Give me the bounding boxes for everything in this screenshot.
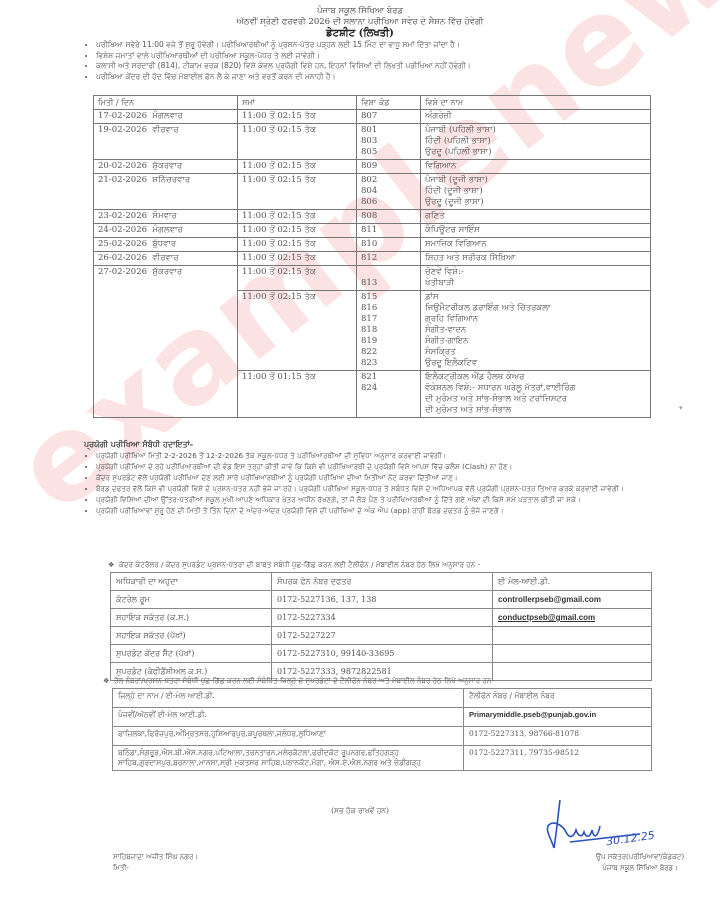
district-contact: 0172-5227311, 79735-98512 bbox=[464, 746, 652, 771]
practical-item: ਬੋਰਡ ਦਫਤਰ ਵੱਲੋਂ ਕਿਸੇ ਵੀ ਪ੍ਰਯੋਗੀ ਵਿਸ਼ੇ ਦੇ… bbox=[96, 483, 696, 494]
officer-phone: 0172-5227136, 137, 138 bbox=[272, 591, 493, 609]
header-time: ਸਮਾਂ bbox=[238, 96, 357, 110]
subject-names: ਸਿਹਤ ਅਤੇ ਸਰੀਰਕ ਸਿੱਖਿਆ bbox=[421, 252, 651, 266]
officer-email: conductpseb@gmail.com bbox=[493, 609, 652, 627]
practical-item: ਕੇਂਦਰ ਸੁਪਰਡੰਟ ਵੱਲੋਂ ਪ੍ਰਯੋਗੀ ਪਰੀਖਿਆ ਦੇਣ ਲ… bbox=[96, 472, 696, 483]
exam-time: 11:00 ਤੋਂ 02:15 ਤੱਕ bbox=[238, 160, 357, 174]
exam-date: 21-02-2026 ਸ਼ਨਿੱਚਰਵਾਰ bbox=[94, 174, 238, 210]
contact-row: ਸਹਾਇਕ ਸਕੱਤਰ (ਕ.ਸ.)0172-5227334conductpse… bbox=[111, 609, 652, 627]
datesheet-header-row: ਮਿਤੀ / ਦਿਨ ਸਮਾਂ ਵਿਸ਼ਾ ਕੋਡ ਵਿਸ਼ੇ ਦਾ ਨਾਮ bbox=[94, 96, 651, 110]
exam-time: 11:00 ਤੋਂ 02:15 ਤੱਕ bbox=[238, 210, 357, 224]
district-row: ਪੰਜਵੀਂ/ਅੱਠਵੀਂ ਈ-ਮੇਲ ਆਈ.ਡੀ.Primarymiddle.… bbox=[113, 708, 652, 727]
districts-intro: ❖ ਰੋਲ ਨੰਬਰਾਂ/ਪ੍ਰਸ਼ਨ-ਪੱਤਰਾਂ ਸੰਬੰਧੀ ਪੁੱਛ-ਗ… bbox=[103, 676, 494, 686]
issuing-place: ਸਾਹਿਬਜ਼ਾਦਾ ਅਜੀਤ ਸਿੰਘ ਨਗਰ। ਮਿਤੀ- bbox=[113, 852, 198, 874]
district-row: ਫਾਜ਼ਿਲਕਾ,ਫਿਰੋਜ਼ਪੁਰ,ਅੰਮ੍ਰਿਤਸਰ,ਹੁਸ਼ਿਆਰਪੁਰ,… bbox=[113, 727, 652, 746]
contacts-intro: ❖ ਕੇਂਦਰ ਕੰਟਰੋਲਰ / ਕੇਂਦਰ ਸੁਪਰਡੰਟ ਪ੍ਰਸ਼ਨ-ਪ… bbox=[108, 560, 480, 570]
exam-time: 11:00 ਤੋਂ 02:15 ਤੱਕ bbox=[238, 252, 357, 266]
subject-names: ਗਣਿਤ bbox=[421, 210, 651, 224]
datesheet-row: 24-02-2026 ਮੰਗਲਵਾਰ11:00 ਤੋਂ 02:15 ਤੱਕ811… bbox=[94, 224, 651, 238]
officer-email bbox=[493, 663, 652, 681]
note-item: ਵਿਸ਼ੇਸ਼ ਜਮਾਤਾਂ ਵਾਲੇ ਪਰੀਖਿਆਰਥੀਆਂ ਦੀ ਪਰੀਖਿ… bbox=[96, 51, 696, 62]
contacts-table: ਅਧਿਕਾਰੀ ਦਾ ਅਹੁਦਾਸੰਪਰਕ ਫੋਨ ਨੰਬਰ ਦਫਤਰਈ ਮੇਲ… bbox=[110, 572, 652, 681]
contact-row: ਸੁਪਰਡੰਟ ਕੇਂਦਰ ਸੈੱਟ (ਪੱਖਾਂ)0172-5227310, … bbox=[111, 645, 652, 663]
subject-codes: 808 bbox=[357, 210, 421, 224]
note-item: ਪਰੀਖਿਆ ਸਵੇਰੇ 11:00 ਵਜੇ ਤੋਂ ਸ਼ੁਰੂ ਹੋਵੇਗੀ।… bbox=[96, 40, 696, 51]
officer-role: ਸਹਾਇਕ ਸਕੱਤਰ (ਕ.ਸ.) bbox=[111, 609, 272, 627]
document-title: ਡੇਟਸ਼ੀਟ (ਲਿਖਤੀ) bbox=[0, 28, 720, 39]
exam-time: 11:00 ਤੋਂ 01:15 ਤੱਕ bbox=[238, 371, 357, 418]
officer-email bbox=[493, 627, 652, 645]
datesheet-body: 17-02-2026 ਮੰਗਲਵਾਰ11:00 ਤੋਂ 02:15 ਤੱਕ807… bbox=[94, 110, 651, 418]
districts-intro-text: ਰੋਲ ਨੰਬਰਾਂ/ਪ੍ਰਸ਼ਨ-ਪੱਤਰਾਂ ਸੰਬੰਧੀ ਪੁੱਛ-ਗਿੱ… bbox=[114, 676, 494, 685]
signatory: ਉਪ ਸਕੱਤਰ(ਪਰੀਖਿਆਵਾਂ/ਕੰਡਕਟ) ਪੰਜਾਬ ਸਕੂਲ ਸਿੱ… bbox=[596, 852, 684, 874]
officer-role: ਸੁਪਰਡੰਟ ਕੇਂਦਰ ਸੈੱਟ (ਪੱਖਾਂ) bbox=[111, 645, 272, 663]
contact-row: ਸਹਾਇਕ ਸਕੱਤਰ (ਪੱਖਾਂ)0172-5227227 bbox=[111, 627, 652, 645]
subject-codes: 821824 bbox=[357, 371, 421, 418]
datesheet-table: ਮਿਤੀ / ਦਿਨ ਸਮਾਂ ਵਿਸ਼ਾ ਕੋਡ ਵਿਸ਼ੇ ਦਾ ਨਾਮ 1… bbox=[93, 95, 651, 418]
exam-time: 11:00 ਤੋਂ 02:15 ਤੱਕ bbox=[238, 224, 357, 238]
document-page: examplenews ਪੰਜਾਬ ਸਕੂਲ ਸਿੱਖਿਆ ਬੋਰਡ ਅੱਠਵੀ… bbox=[0, 0, 720, 900]
practical-instructions: ਪ੍ਰਯੋਗੀ ਪਰੀਖਿਆ ਮਿਤੀ 2-2-2026 ਤੋਂ 12-2-20… bbox=[84, 450, 696, 516]
exam-date: 27-02-2026 ਸ਼ੁੱਕਰਵਾਰ bbox=[94, 266, 238, 418]
practical-title: ਪ੍ਰਯੋਗੀ ਪਰੀਖਿਆ ਸੰਬੰਧੀ ਹਦਾਇਤਾਂ- bbox=[84, 440, 193, 450]
officer-phone: 0172-5227227 bbox=[272, 627, 493, 645]
header-date: ਮਿਤੀ / ਦਿਨ bbox=[94, 96, 238, 110]
exam-time: 11:00 ਤੋਂ 02:15 ਤੱਕ bbox=[238, 266, 357, 291]
districts-header: ਟੈਲੀਫੋਨ ਨੰਬਰ / ਮੋਬਾਈਲ ਨੰਬਰ bbox=[464, 689, 652, 708]
practical-item: ਪ੍ਰਯੋਗੀ ਵਿਸ਼ਿਆਂ ਦੀਆਂ ਉੱਤਰ-ਪੱਤਰੀਆਂ ਸਕੂਲ ਮ… bbox=[96, 494, 696, 505]
district-row: ਬਠਿੰਡਾ,ਸੰਗਰੂਰ,ਐਸ.ਬੀ.ਐਸ.ਨਗਰ,ਪਟਿਆਲਾ,ਤਰਨਤਾਰ… bbox=[113, 746, 652, 771]
contacts-header: ਅਧਿਕਾਰੀ ਦਾ ਅਹੁਦਾ bbox=[111, 573, 272, 591]
subject-names: ਡਾਂਸਜਿਉਮੈਟਰੀਕਲ ਡਰਾਇੰਗ ਅਤੇ ਚਿੱਤਰਕਲਾਗ੍ਰਹਿ … bbox=[421, 291, 651, 371]
district-contact: 0172-5227313, 98766-81078 bbox=[464, 727, 652, 746]
note-item: ਕਲਾਸੀ ਅਤੇ ਸਰਦਾਰੀ (814), ਟੀਕਾਮ ਵਰਕ (820) … bbox=[96, 61, 696, 72]
exam-time: 11:00 ਤੋਂ 02:15 ਤੱਕ bbox=[238, 124, 357, 160]
contacts-header: ਸੰਪਰਕ ਫੋਨ ਨੰਬਰ ਦਫਤਰ bbox=[272, 573, 493, 591]
officer-phone: 0172-5227334 bbox=[272, 609, 493, 627]
subject-codes: 815816817818819822823 bbox=[357, 291, 421, 371]
note-item: ਪਰੀਖਿਆ ਕੇਂਦਰ ਦੀ ਹੱਦ ਵਿੱਚ ਮੋਬਾਈਲ ਫੋਨ ਲੈ ਕ… bbox=[96, 72, 696, 83]
subject-codes: 812 bbox=[357, 252, 421, 266]
districts-body: ਜ਼ਿਲ੍ਹੇ ਦਾ ਨਾਮ / ਈ-ਮੇਲ ਆਈ.ਡੀ.ਟੈਲੀਫੋਨ ਨੰਬ… bbox=[113, 689, 652, 771]
subject-names: ਵਿਗਿਆਨ bbox=[421, 160, 651, 174]
header-code: ਵਿਸ਼ਾ ਕੋਡ bbox=[357, 96, 421, 110]
contacts-body: ਅਧਿਕਾਰੀ ਦਾ ਅਹੁਦਾਸੰਪਰਕ ਫੋਨ ਨੰਬਰ ਦਫਤਰਈ ਮੇਲ… bbox=[111, 573, 652, 681]
subject-codes: 809 bbox=[357, 160, 421, 174]
officer-email bbox=[493, 645, 652, 663]
practical-item: ਪ੍ਰਯੋਗੀ ਪਰੀਖਿਆ ਦੇ ਰਹੇ ਪਰੀਖਿਆਰਥੀਆਂ ਦੀ ਵੰਡ… bbox=[96, 461, 696, 472]
districts-table: ਜ਼ਿਲ੍ਹੇ ਦਾ ਨਾਮ / ਈ-ਮੇਲ ਆਈ.ਡੀ.ਟੈਲੀਫੋਨ ਨੰਬ… bbox=[112, 688, 652, 771]
district-names: ਪੰਜਵੀਂ/ਅੱਠਵੀਂ ਈ-ਮੇਲ ਆਈ.ਡੀ. bbox=[113, 708, 464, 727]
document-subtitle: ਅੱਠਵੀਂ ਸ਼੍ਰੇਣੀ ਫਰਵਰੀ 2026 ਦੀ ਸਲਾਨਾ ਪਰੀਖਿ… bbox=[0, 17, 720, 27]
subject-names: ਅੰਗਰੇਜ਼ੀ bbox=[421, 110, 651, 124]
datesheet-row: 21-02-2026 ਸ਼ਨਿੱਚਰਵਾਰ11:00 ਤੋਂ 02:15 ਤੱਕ… bbox=[94, 174, 651, 210]
contact-row: ਕੰਟਰੋਲ ਰੂਮ0172-5227136, 137, 138controll… bbox=[111, 591, 652, 609]
board-name: ਪੰਜਾਬ ਸਕੂਲ ਸਿੱਖਿਆ ਬੋਰਡ bbox=[0, 6, 720, 16]
exam-time: 11:00 ਤੋਂ 02:15 ਤੱਕ bbox=[238, 291, 357, 371]
subject-names: ਸਮਾਜਿਕ ਵਿਗਿਆਨ bbox=[421, 238, 651, 252]
subject-codes: 801803805 bbox=[357, 124, 421, 160]
subject-names: ਇਲੈਕਟ੍ਰੀਕਲ ਐਂਡ ਹੈਲਥ ਕੇਅਰਵੋਕੇਸ਼ਨਲ ਵਿਸ਼ੇ:-… bbox=[421, 371, 651, 418]
contacts-header: ਈ ਮੇਲ-ਆਈ.ਡੀ. bbox=[493, 573, 652, 591]
exam-date: 23-02-2026 ਸੋਮਵਾਰ bbox=[94, 210, 238, 224]
scan-mark: ▾ bbox=[679, 404, 683, 412]
exam-date: 25-02-2026 ਬੁੱਧਵਾਰ bbox=[94, 238, 238, 252]
signatory-org: ਪੰਜਾਬ ਸਕੂਲ ਸਿੱਖਿਆ ਬੋਰਡ। bbox=[596, 863, 684, 874]
datesheet-row: 20-02-2026 ਸ਼ੁੱਕਰਵਾਰ11:00 ਤੋਂ 02:15 ਤੱਕ8… bbox=[94, 160, 651, 174]
officer-email: controllerpseb@gmail.com bbox=[493, 591, 652, 609]
exam-date: 17-02-2026 ਮੰਗਲਵਾਰ bbox=[94, 110, 238, 124]
subject-names: ਪੰਜਾਬੀ (ਪਹਿਲੀ ਭਾਸ਼ਾ)ਹਿੰਦੀ (ਪਹਿਲੀ ਭਾਸ਼ਾ)ਉ… bbox=[421, 124, 651, 160]
exam-date: 24-02-2026 ਮੰਗਲਵਾਰ bbox=[94, 224, 238, 238]
districts-header-row: ਜ਼ਿਲ੍ਹੇ ਦਾ ਨਾਮ / ਈ-ਮੇਲ ਆਈ.ਡੀ.ਟੈਲੀਫੋਨ ਨੰਬ… bbox=[113, 689, 652, 708]
practical-item: ਪ੍ਰਯੋਗੀ ਪਰੀਖਿਆ ਮਿਤੀ 2-2-2026 ਤੋਂ 12-2-20… bbox=[96, 450, 696, 461]
district-names: ਬਠਿੰਡਾ,ਸੰਗਰੂਰ,ਐਸ.ਬੀ.ਐਸ.ਨਗਰ,ਪਟਿਆਲਾ,ਤਰਨਤਾਰ… bbox=[113, 746, 464, 771]
general-notes: ਪਰੀਖਿਆ ਸਵੇਰੇ 11:00 ਵਜੇ ਤੋਂ ਸ਼ੁਰੂ ਹੋਵੇਗੀ।… bbox=[84, 40, 696, 82]
datesheet-row: 17-02-2026 ਮੰਗਲਵਾਰ11:00 ਤੋਂ 02:15 ਤੱਕ807… bbox=[94, 110, 651, 124]
datesheet-row: 27-02-2026 ਸ਼ੁੱਕਰਵਾਰ11:00 ਤੋਂ 02:15 ਤੱਕ8… bbox=[94, 266, 651, 291]
officer-phone: 0172-5227310, 99140-33695 bbox=[272, 645, 493, 663]
subject-names: ਪੰਜਾਬੀ (ਦੂਜੀ ਭਾਸ਼ਾ)ਹਿੰਦੀ (ਦੂਜੀ ਭਾਸ਼ਾ)ਉਰਦ… bbox=[421, 174, 651, 210]
officer-role: ਸਹਾਇਕ ਸਕੱਤਰ (ਪੱਖਾਂ) bbox=[111, 627, 272, 645]
subject-codes: 813 bbox=[357, 266, 421, 291]
signature-icon bbox=[540, 796, 660, 856]
districts-header: ਜ਼ਿਲ੍ਹੇ ਦਾ ਨਾਮ / ਈ-ਮੇਲ ਆਈ.ਡੀ. bbox=[113, 689, 464, 708]
subject-codes: 802804806 bbox=[357, 174, 421, 210]
exam-time: 11:00 ਤੋਂ 02:15 ਤੱਕ bbox=[238, 238, 357, 252]
subject-codes: 810 bbox=[357, 238, 421, 252]
practical-item: ਪ੍ਰਯੋਗੀ ਪਰੀਖਿਆਵਾਂ ਸ਼ੁਰੂ ਹੋਣ ਦੀ ਮਿਤੀ ਤੋਂ … bbox=[96, 505, 696, 516]
district-names: ਫਾਜ਼ਿਲਕਾ,ਫਿਰੋਜ਼ਪੁਰ,ਅੰਮ੍ਰਿਤਸਰ,ਹੁਸ਼ਿਆਰਪੁਰ,… bbox=[113, 727, 464, 746]
exam-time: 11:00 ਤੋਂ 02:15 ਤੱਕ bbox=[238, 174, 357, 210]
datesheet-row: 25-02-2026 ਬੁੱਧਵਾਰ11:00 ਤੋਂ 02:15 ਤੱਕ810… bbox=[94, 238, 651, 252]
subject-names: ਕੰਪਿਊਟਰ ਸਾਇੰਸ bbox=[421, 224, 651, 238]
subject-names: ਚੋਣਵੇਂ ਵਿਸ਼ੇ:-ਖੇਤੀਬਾੜੀ bbox=[421, 266, 651, 291]
datesheet-row: 19-02-2026 ਵੀਰਵਾਰ11:00 ਤੋਂ 02:15 ਤੱਕ8018… bbox=[94, 124, 651, 160]
exam-date: 19-02-2026 ਵੀਰਵਾਰ bbox=[94, 124, 238, 160]
officer-role: ਕੰਟਰੋਲ ਰੂਮ bbox=[111, 591, 272, 609]
exam-date: 26-02-2026 ਵੀਰਵਾਰ bbox=[94, 252, 238, 266]
exam-time: 11:00 ਤੋਂ 02:15 ਤੱਕ bbox=[238, 110, 357, 124]
header-subject: ਵਿਸ਼ੇ ਦਾ ਨਾਮ bbox=[421, 96, 651, 110]
datesheet-row: 26-02-2026 ਵੀਰਵਾਰ11:00 ਤੋਂ 02:15 ਤੱਕ812ਸ… bbox=[94, 252, 651, 266]
contacts-header-row: ਅਧਿਕਾਰੀ ਦਾ ਅਹੁਦਾਸੰਪਰਕ ਫੋਨ ਨੰਬਰ ਦਫਤਰਈ ਮੇਲ… bbox=[111, 573, 652, 591]
datesheet-row: 23-02-2026 ਸੋਮਵਾਰ11:00 ਤੋਂ 02:15 ਤੱਕ808ਗ… bbox=[94, 210, 651, 224]
district-contact: Primarymiddle.pseb@punjab.gov.in bbox=[464, 708, 652, 727]
issuing-date-line: ਮਿਤੀ- bbox=[113, 863, 198, 874]
issuing-place-line: ਸਾਹਿਬਜ਼ਾਦਾ ਅਜੀਤ ਸਿੰਘ ਨਗਰ। bbox=[113, 852, 198, 863]
subject-codes: 811 bbox=[357, 224, 421, 238]
exam-date: 20-02-2026 ਸ਼ੁੱਕਰਵਾਰ bbox=[94, 160, 238, 174]
signatory-title: ਉਪ ਸਕੱਤਰ(ਪਰੀਖਿਆਵਾਂ/ਕੰਡਕਟ) bbox=[596, 852, 684, 863]
subject-codes: 807 bbox=[357, 110, 421, 124]
contacts-intro-text: ਕੇਂਦਰ ਕੰਟਰੋਲਰ / ਕੇਂਦਰ ਸੁਪਰਡੰਟ ਪ੍ਰਸ਼ਨ-ਪੱਤ… bbox=[119, 560, 480, 569]
